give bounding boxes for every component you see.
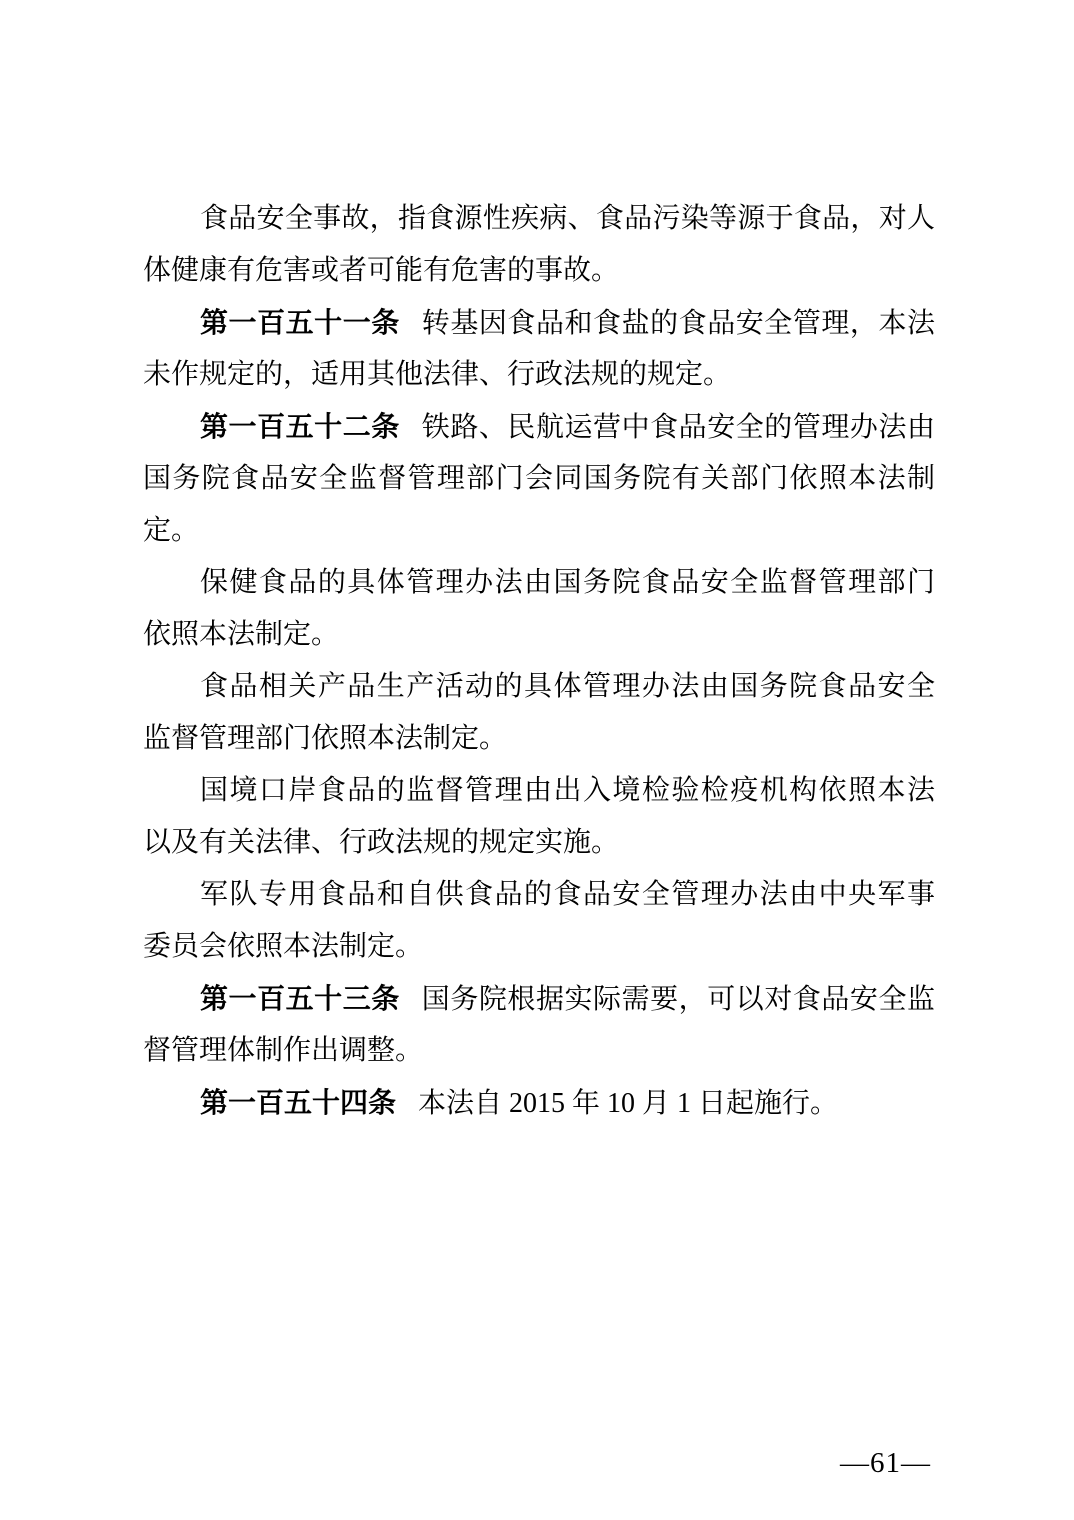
- text-line: 未作规定的，适用其他法律、行政法规的规定。: [143, 349, 935, 401]
- article-number: 第一百五十四条: [200, 1087, 396, 1118]
- text-line: 第一百五十一条转基因食品和食盐的食品安全管理，本法: [143, 297, 935, 349]
- text-line: 监督管理部门依照本法制定。: [143, 713, 935, 765]
- line-text: 铁路、民航运营中食品安全的管理办法由: [422, 412, 935, 443]
- document-page: 食品安全事故，指食源性疾病、食品污染等源于食品，对人 体健康有危害或者可能有危害…: [0, 0, 1074, 1520]
- page-number: —61—: [840, 1443, 931, 1483]
- text-content: 食品安全事故，指食源性疾病、食品污染等源于食品，对人 体健康有危害或者可能有危害…: [143, 193, 935, 1129]
- text-line: 第一百五十四条本法自 2015 年 10 月 1 日起施行。: [143, 1077, 935, 1129]
- article-number: 第一百五十一条: [200, 307, 400, 338]
- text-line: 以及有关法律、行政法规的规定实施。: [143, 817, 935, 869]
- line-text: 本法自 2015 年 10 月 1 日起施行。: [418, 1088, 838, 1119]
- line-text: 国务院根据实际需要，可以对食品安全监: [422, 984, 935, 1015]
- text-line: 依照本法制定。: [143, 609, 935, 661]
- text-line: 委员会依照本法制定。: [143, 921, 935, 973]
- text-line: 保健食品的具体管理办法由国务院食品安全监督管理部门: [143, 557, 935, 609]
- text-line: 军队专用食品和自供食品的食品安全管理办法由中央军事: [143, 869, 935, 921]
- line-text: 转基因食品和食盐的食品安全管理，本法: [422, 308, 935, 339]
- text-line: 第一百五十二条铁路、民航运营中食品安全的管理办法由: [143, 401, 935, 453]
- text-line: 国务院食品安全监督管理部门会同国务院有关部门依照本法制: [143, 453, 935, 505]
- text-line: 体健康有危害或者可能有危害的事故。: [143, 245, 935, 297]
- article-number: 第一百五十三条: [200, 983, 400, 1014]
- text-line: 定。: [143, 505, 935, 557]
- text-line: 第一百五十三条国务院根据实际需要，可以对食品安全监: [143, 973, 935, 1025]
- text-line: 督管理体制作出调整。: [143, 1025, 935, 1077]
- text-line: 食品相关产品生产活动的具体管理办法由国务院食品安全: [143, 661, 935, 713]
- article-number: 第一百五十二条: [200, 411, 400, 442]
- text-line: 国境口岸食品的监督管理由出入境检验检疫机构依照本法: [143, 765, 935, 817]
- text-line: 食品安全事故，指食源性疾病、食品污染等源于食品，对人: [143, 193, 935, 245]
